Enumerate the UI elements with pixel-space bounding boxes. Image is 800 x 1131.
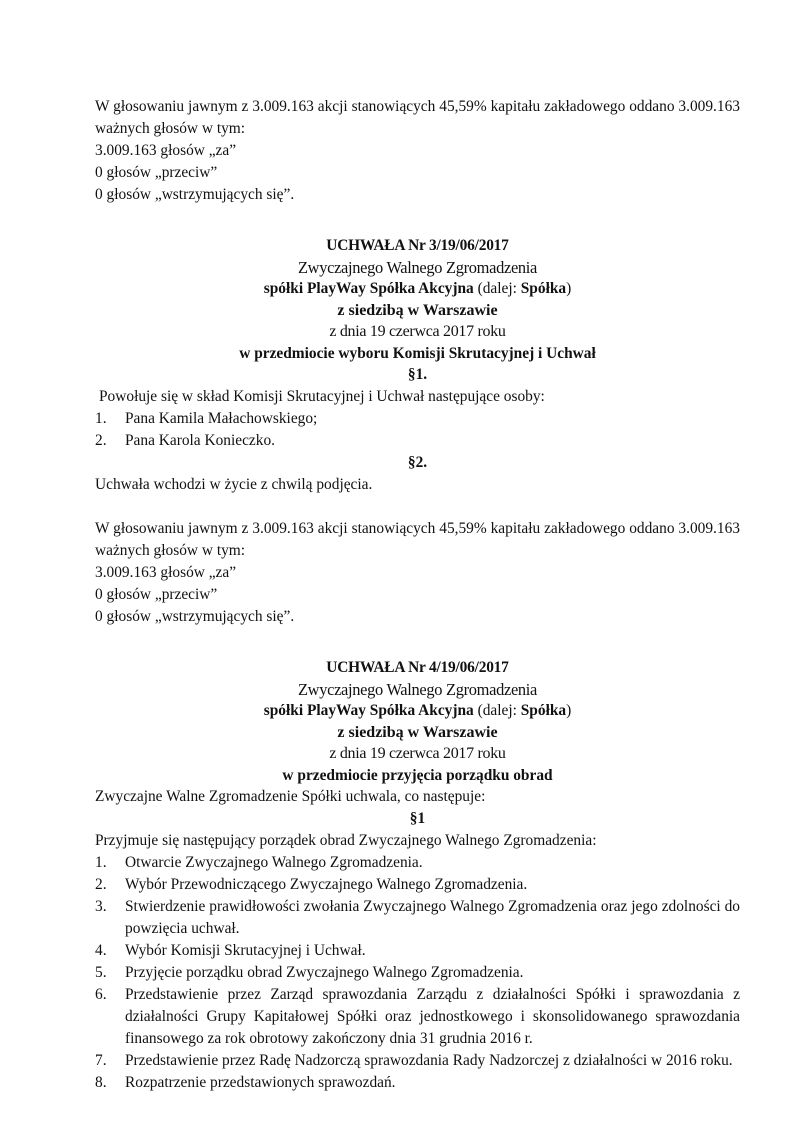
company-seat: z siedzibą w Warszawie (95, 722, 740, 744)
votes-abstain: 0 głosów „wstrzymujących się”. (95, 184, 740, 206)
commission-members-list: 1.Pana Kamila Małachowskiego; 2.Pana Kar… (95, 408, 740, 452)
list-item: 7.Przedstawienie przez Radę Nadzorczą sp… (95, 1050, 740, 1072)
resolution-subject: w przedmiocie wyboru Komisji Skrutacyjne… (95, 343, 740, 365)
company-line: spółki PlayWay Spółka Akcyjna (dalej: Sp… (95, 700, 740, 722)
list-item: 4.Wybór Komisji Skrutacyjnej i Uchwał. (95, 940, 740, 962)
voting-result-block-2: W głosowaniu jawnym z 3.009.163 akcji st… (95, 518, 740, 628)
votes-against: 0 głosów „przeciw” (95, 162, 740, 184)
resolution-title: UCHWAŁA Nr 3/19/06/2017 (95, 235, 740, 257)
resolution-preamble: Zwyczajne Walne Zgromadzenie Spółki uchw… (95, 786, 740, 808)
section-1-intro: Powołuje się w skład Komisji Skrutacyjne… (95, 386, 740, 408)
resolution-4-header: UCHWAŁA Nr 4/19/06/2017 Zwyczajnego Waln… (95, 657, 740, 786)
votes-for: 3.009.163 głosów „za” (95, 140, 740, 162)
company-short-name: Spółka (521, 280, 566, 297)
agenda-list: 1.Otwarcie Zwyczajnego Walnego Zgromadze… (95, 852, 740, 1094)
voting-summary: W głosowaniu jawnym z 3.009.163 akcji st… (95, 96, 740, 140)
resolution-date: z dnia 19 czerwca 2017 roku (95, 743, 740, 765)
list-item: 2.Wybór Przewodniczącego Zwyczajnego Wal… (95, 874, 740, 896)
company-short-name: Spółka (521, 702, 566, 719)
list-item: 1.Pana Kamila Małachowskiego; (95, 408, 740, 430)
list-item: 6.Przedstawienie przez Zarząd sprawozdan… (95, 984, 740, 1050)
company-line: spółki PlayWay Spółka Akcyjna (dalej: Sp… (95, 278, 740, 300)
assembly-name: Zwyczajnego Walnego Zgromadzenia (95, 679, 740, 701)
list-item: 8.Rozpatrzenie przedstawionych sprawozda… (95, 1072, 740, 1094)
section-2-label: §2. (95, 452, 740, 474)
section-1-label: §1 (95, 808, 740, 830)
resolution-date: z dnia 19 czerwca 2017 roku (95, 321, 740, 343)
voting-summary: W głosowaniu jawnym z 3.009.163 akcji st… (95, 518, 740, 562)
votes-against: 0 głosów „przeciw” (95, 584, 740, 606)
list-item: 2.Pana Karola Konieczko. (95, 430, 740, 452)
resolution-3-header: UCHWAŁA Nr 3/19/06/2017 Zwyczajnego Waln… (95, 235, 740, 364)
section-1-label: §1. (95, 364, 740, 386)
company-name: spółki PlayWay Spółka Akcyjna (264, 702, 474, 719)
company-seat: z siedzibą w Warszawie (95, 300, 740, 322)
company-name: spółki PlayWay Spółka Akcyjna (264, 280, 474, 297)
votes-abstain: 0 głosów „wstrzymujących się”. (95, 606, 740, 628)
resolution-subject: w przedmiocie przyjęcia porządku obrad (95, 765, 740, 787)
resolution-title: UCHWAŁA Nr 4/19/06/2017 (95, 657, 740, 679)
list-item: 5.Przyjęcie porządku obrad Zwyczajnego W… (95, 962, 740, 984)
document-page: W głosowaniu jawnym z 3.009.163 akcji st… (95, 96, 740, 1094)
section-2-text: Uchwała wchodzi w życie z chwilą podjęci… (95, 474, 740, 496)
assembly-name: Zwyczajnego Walnego Zgromadzenia (95, 257, 740, 279)
voting-result-block-1: W głosowaniu jawnym z 3.009.163 akcji st… (95, 96, 740, 206)
list-item: 3.Stwierdzenie prawidłowości zwołania Zw… (95, 896, 740, 940)
votes-for: 3.009.163 głosów „za” (95, 562, 740, 584)
list-item: 1.Otwarcie Zwyczajnego Walnego Zgromadze… (95, 852, 740, 874)
section-1-intro: Przyjmuje się następujący porządek obrad… (95, 830, 740, 852)
